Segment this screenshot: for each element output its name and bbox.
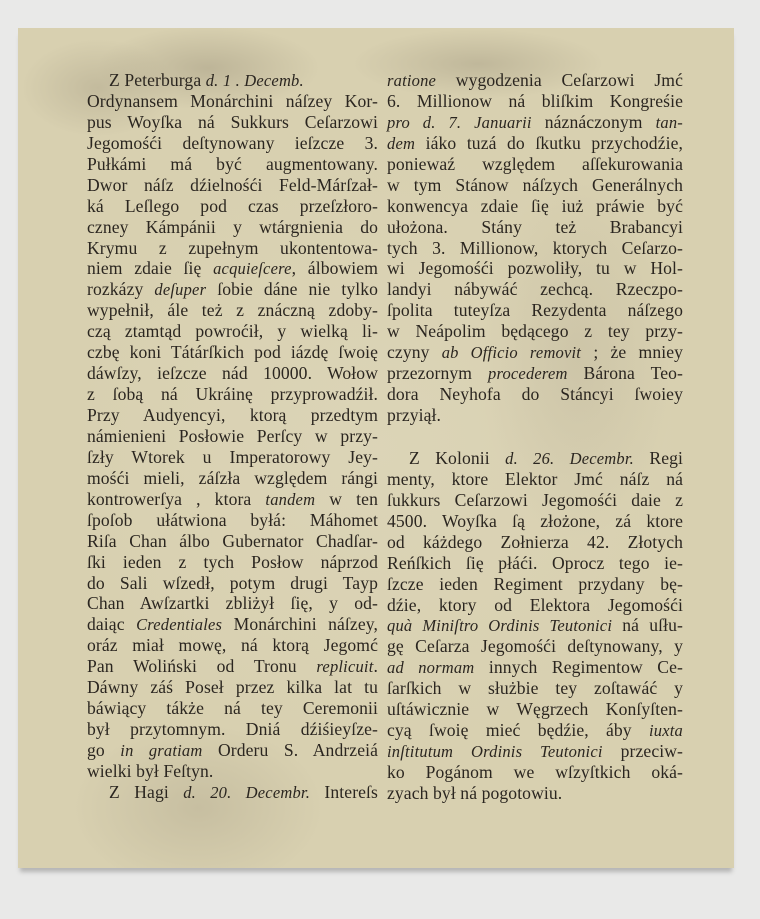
text-segment: czney Kámpánii y wtárgnienia do xyxy=(87,217,378,237)
text-segment: landyi nábywáć zechcą. Rzeczpo- xyxy=(387,279,683,299)
text-line: go in gratiam Orderu S. Andrzeiá xyxy=(87,740,378,761)
text-line: wi Jegomośći pozwoliły, tu w Hol- xyxy=(387,258,683,279)
text-segment: dźie, ktory od Elektora Jegomośći xyxy=(387,595,683,615)
text-line: Z Hagi d. 20. Decembr. Intereſs xyxy=(87,782,378,803)
italic-text-segment: dem xyxy=(387,134,415,153)
text-line: był przytomnym. Dniá dźiśieyſze- xyxy=(87,719,378,740)
text-segment: menty, ktore Elektor Jmć náſz ná xyxy=(387,469,683,489)
text-segment: ſki ieden z tych Posłow náprzod xyxy=(87,552,378,572)
text-segment: wypełnił, ále też z znáczną zdoby- xyxy=(87,300,378,320)
text-line: od káżdego Zołnierza 42. Złotych xyxy=(387,532,683,553)
text-segment: Riſa Chan álbo Gubernator Chadſar- xyxy=(87,531,378,551)
italic-text-segment: acquieſcere xyxy=(213,259,292,278)
italic-text-segment: d. 1 . Decemb. xyxy=(206,71,304,90)
text-line: rozkázy deſuper ſobie dáne nie tylko xyxy=(87,279,378,300)
text-segment: námienieni Posłowie Perſcy w przy- xyxy=(87,426,378,446)
text-segment: poniewaź względem aſſekurowania xyxy=(387,154,683,174)
text-segment: iáko tuzá do ſkutku przychodźie, xyxy=(415,133,683,153)
text-line: pus Woyſka ná Sukkurs Ceſarzowi xyxy=(87,112,378,133)
text-line: w tym Stánow náſzych Generálnych xyxy=(387,175,683,196)
text-line: ad normam innych Regimentow Ce- xyxy=(387,657,683,678)
text-segment: Bárona Teo- xyxy=(568,363,683,383)
text-line: Dáwny záś Poseł przez kilka lat tu xyxy=(87,677,378,698)
text-segment: ká Leſlego pod czas przeſzłoro- xyxy=(87,196,378,216)
text-line: ſukkurs Ceſarzowi Jegomośći daie z xyxy=(387,490,683,511)
text-line: Riſa Chan álbo Gubernator Chadſar- xyxy=(87,531,378,552)
text-segment: przezornym xyxy=(387,363,488,383)
text-segment: , álbowiem xyxy=(292,258,378,278)
text-segment: Krymu z zupełnym ukontentowa- xyxy=(87,238,378,258)
text-line: ſarſkich w służbie tey zoſtawáć y xyxy=(387,678,683,699)
text-segment: do Sali wſzedł, potym drugi Tayp xyxy=(87,573,378,593)
text-line: Reńſkich ſię płáći. Oprocz tego ie- xyxy=(387,553,683,574)
text-line: wielki był Feſtyn. xyxy=(87,761,378,782)
text-segment: ſzcze ieden Regiment przydany bę- xyxy=(387,574,683,594)
text-line: ułożona. Stány też Brabancyi xyxy=(387,217,683,238)
text-line: oráz miał mowę, ná ktorą Jegomć xyxy=(87,635,378,656)
text-line: konwencya zdaie ſię iuż práwie być xyxy=(387,196,683,217)
text-line: námienieni Posłowie Perſcy w przy- xyxy=(87,426,378,447)
italic-text-segment: d. 20. Decembr. xyxy=(183,783,310,802)
italic-text-segment: deſuper xyxy=(154,280,206,299)
text-line: z ſobą ná Ukráinę przyprowadźił. xyxy=(87,384,378,405)
italic-text-segment: replicuit xyxy=(316,657,373,676)
text-segment: innych Regimentow Ce- xyxy=(474,657,683,677)
text-segment: Z Kolonii xyxy=(409,448,505,468)
text-line: Ordynansem Monárchini náſzey Kor- xyxy=(87,91,378,112)
text-segment: wielki był Feſtyn. xyxy=(87,761,213,781)
text-line: ko Pogánom we wſzyſtkich oká- xyxy=(387,762,683,783)
text-line: báwiący tákże ná tey Ceremonii xyxy=(87,698,378,719)
text-segment: Z Peterburga xyxy=(109,70,206,90)
italic-text-segment: pro d. 7. Januarii xyxy=(387,113,532,132)
text-segment: niem zdaie ſię xyxy=(87,258,213,278)
text-segment: gę Ceſarza Jegomośći deſtynowany, y xyxy=(387,636,683,656)
italic-text-segment: tan- xyxy=(656,113,683,132)
text-segment: Z Hagi xyxy=(109,782,183,802)
text-segment: tych 3. Millionow, ktorych Ceſarzo- xyxy=(387,238,683,258)
text-line: czbę koni Tátárſkich pod iázdę ſwoię xyxy=(87,342,378,363)
text-segment: Przy Audyencyi, ktorą przedtym xyxy=(87,405,378,425)
text-line: uſtáwicznie w Węgrzech Konſyſten- xyxy=(387,699,683,720)
text-segment: wi Jegomośći pozwoliły, tu w Hol- xyxy=(387,258,683,278)
text-segment: Orderu S. Andrzeiá xyxy=(202,740,378,760)
text-line: kontrowerſya , ktora tandem w ten xyxy=(87,489,378,510)
text-line: ſpolita tuteyſza Rezydenta náſzego xyxy=(387,300,683,321)
text-segment: Pan Woliński od Tronu xyxy=(87,656,316,676)
text-segment: daiąc xyxy=(87,614,136,634)
text-segment: przeciw- xyxy=(603,741,683,761)
text-line: quà Miniſtro Ordinis Teutonici ná uſłu- xyxy=(387,615,683,636)
text-segment: dáwſzy, ieſzcze nád 10000. Wołow xyxy=(87,363,378,383)
text-segment: czą ztamtąd powroćił, y wielką li- xyxy=(87,321,378,341)
text-line: ká Leſlego pod czas przeſzłoro- xyxy=(87,196,378,217)
text-segment: cyą ſwoię mieć będźie, áby xyxy=(387,720,649,740)
text-segment: rozkázy xyxy=(87,279,154,299)
text-line: ſzcze ieden Regiment przydany bę- xyxy=(387,574,683,595)
text-segment: ſpoſob ułátwiona byłá: Máhomet xyxy=(87,510,378,530)
text-segment: w ten xyxy=(315,489,378,509)
text-segment: pus Woyſka ná Sukkurs Ceſarzowi xyxy=(87,112,378,132)
text-line: menty, ktore Elektor Jmć náſz ná xyxy=(387,469,683,490)
italic-text-segment: procederem xyxy=(488,364,568,383)
text-segment: náznáczonym xyxy=(532,112,656,132)
text-line: w Neápolim będącego z tey przy- xyxy=(387,321,683,342)
text-line: pro d. 7. Januarii náznáczonym tan- xyxy=(387,112,683,133)
text-line: czą ztamtąd powroćił, y wielką li- xyxy=(87,321,378,342)
text-segment: Ordynansem Monárchini náſzey Kor- xyxy=(87,91,378,111)
text-segment: ſpolita tuteyſza Rezydenta náſzego xyxy=(387,300,683,320)
text-segment: mośći mieli, záſzła względem rángi xyxy=(87,468,378,488)
italic-text-segment: ratione xyxy=(387,71,436,90)
text-line: Krymu z zupełnym ukontentowa- xyxy=(87,238,378,259)
text-line: czney Kámpánii y wtárgnienia do xyxy=(87,217,378,238)
text-segment: 4500. Woyſka ſą złożone, zá ktore xyxy=(387,511,683,531)
text-segment: Reńſkich ſię płáći. Oprocz tego ie- xyxy=(387,553,683,573)
text-segment: czbę koni Tátárſkich pod iázdę ſwoię xyxy=(87,342,378,362)
text-segment: z ſobą ná Ukráinę przyprowadźił. xyxy=(87,384,378,404)
text-line: wypełnił, ále też z znáczną zdoby- xyxy=(87,300,378,321)
text-segment: Monárchini náſzey, xyxy=(222,614,378,634)
italic-text-segment: d. 26. Decembr. xyxy=(505,449,634,468)
text-segment: w Neápolim będącego z tey przy- xyxy=(387,321,683,341)
text-segment: ſarſkich w służbie tey zoſtawáć y xyxy=(387,678,683,698)
italic-text-segment: in gratiam xyxy=(120,741,202,760)
text-segment: konwencya zdaie ſię iuż práwie być xyxy=(387,196,683,216)
text-line: tych 3. Millionow, ktorych Ceſarzo- xyxy=(387,238,683,259)
text-line: niem zdaie ſię acquieſcere, álbowiem xyxy=(87,258,378,279)
text-line: Dwor náſz dźielnośći Feld-Márſzał- xyxy=(87,175,378,196)
text-segment: ná uſłu- xyxy=(612,615,683,635)
text-line: ſki ieden z tych Posłow náprzod xyxy=(87,552,378,573)
text-line: ratione wygodzenia Ceſarzowi Jmć xyxy=(387,70,683,91)
text-segment: ſukkurs Ceſarzowi Jegomośći daie z xyxy=(387,490,683,510)
text-segment: . xyxy=(374,656,379,676)
italic-text-segment: ad normam xyxy=(387,658,474,677)
text-line: inſtitutum Ordinis Teutonici przeciw- xyxy=(387,741,683,762)
text-line: dem iáko tuzá do ſkutku przychodźie, xyxy=(387,133,683,154)
text-line: Jegomośći deſtynowany ieſzcze 3. xyxy=(87,133,378,154)
text-line: Przy Audyencyi, ktorą przedtym xyxy=(87,405,378,426)
text-line: 4500. Woyſka ſą złożone, zá ktore xyxy=(387,511,683,532)
text-line: Pan Woliński od Tronu replicuit. xyxy=(87,656,378,677)
text-segment: Chan Awſzartki zbliżył ſię, y od- xyxy=(87,593,378,613)
text-line: zyach był ná pogotowiu. xyxy=(387,783,683,804)
text-segment: przyiął. xyxy=(387,405,441,425)
text-line: landyi nábywáć zechcą. Rzeczpo- xyxy=(387,279,683,300)
text-line: cyą ſwoię mieć będźie, áby iuxta xyxy=(387,720,683,741)
text-segment: był przytomnym. Dniá dźiśieyſze- xyxy=(87,719,378,739)
text-segment: w tym Stánow náſzych Generálnych xyxy=(387,175,683,195)
newspaper-page: Z Peterburga d. 1 . Decemb.Ordynansem Mo… xyxy=(18,28,734,868)
text-line: dora Neyhofa do Stáncyi ſwoiey xyxy=(387,384,683,405)
text-line: przyiął. xyxy=(387,405,683,426)
text-line: dáwſzy, ieſzcze nád 10000. Wołow xyxy=(87,363,378,384)
text-segment: Pułkámi má być augmentowany. xyxy=(87,154,378,174)
text-segment: wygodzenia Ceſarzowi Jmć xyxy=(436,70,683,90)
text-line: ſzły Wtorek u Imperatorowy Jey- xyxy=(87,447,378,468)
text-segment: oráz miał mowę, ná ktorą Jegomć xyxy=(87,635,378,655)
text-segment: uſtáwicznie w Węgrzech Konſyſten- xyxy=(387,699,683,719)
text-line: Z Peterburga d. 1 . Decemb. xyxy=(87,70,378,91)
text-line: przezornym procederem Bárona Teo- xyxy=(387,363,683,384)
text-segment: dora Neyhofa do Stáncyi ſwoiey xyxy=(387,384,683,404)
text-segment: czyny xyxy=(387,342,442,362)
text-segment: Regi xyxy=(634,448,683,468)
text-line: dźie, ktory od Elektora Jegomośći xyxy=(387,595,683,616)
text-segment: báwiący tákże ná tey Ceremonii xyxy=(87,698,378,718)
text-segment: Dáwny záś Poseł przez kilka lat tu xyxy=(87,677,378,697)
text-segment: ; że mniey xyxy=(581,342,683,362)
text-line: do Sali wſzedł, potym drugi Tayp xyxy=(87,573,378,594)
text-line: mośći mieli, záſzła względem rángi xyxy=(87,468,378,489)
text-line: Z Kolonii d. 26. Decembr. Regi xyxy=(387,448,683,469)
text-line: poniewaź względem aſſekurowania xyxy=(387,154,683,175)
text-line: czyny ab Officio removit ; że mniey xyxy=(387,342,683,363)
italic-text-segment: tandem xyxy=(265,490,315,509)
text-line: gę Ceſarza Jegomośći deſtynowany, y xyxy=(387,636,683,657)
text-segment: ko Pogánom we wſzyſtkich oká- xyxy=(387,762,683,782)
text-segment: 6. Millionow ná bliſkim Kongreśie xyxy=(387,91,683,111)
text-column-left: Z Peterburga d. 1 . Decemb.Ordynansem Mo… xyxy=(87,70,378,803)
italic-text-segment: ab Officio removit xyxy=(442,343,581,362)
text-segment: go xyxy=(87,740,120,760)
text-line: Chan Awſzartki zbliżył ſię, y od- xyxy=(87,593,378,614)
italic-text-segment: quà Miniſtro Ordinis Teutonici xyxy=(387,616,612,635)
text-segment: zyach był ná pogotowiu. xyxy=(387,783,562,803)
text-segment: Dwor náſz dźielnośći Feld-Márſzał- xyxy=(87,175,378,195)
text-segment: od káżdego Zołnierza 42. Złotych xyxy=(387,532,683,552)
text-segment: kontrowerſya , ktora xyxy=(87,489,265,509)
text-line: Pułkámi má być augmentowany. xyxy=(87,154,378,175)
italic-text-segment: Credentiales xyxy=(136,615,222,634)
text-segment: ſzły Wtorek u Imperatorowy Jey- xyxy=(87,447,378,467)
text-segment: ułożona. Stány też Brabancyi xyxy=(387,217,683,237)
text-line: 6. Millionow ná bliſkim Kongreśie xyxy=(387,91,683,112)
italic-text-segment: iuxta xyxy=(649,721,683,740)
text-segment: ſobie dáne nie tylko xyxy=(206,279,378,299)
text-segment: Jegomośći deſtynowany ieſzcze 3. xyxy=(87,133,378,153)
text-line: ſpoſob ułátwiona byłá: Máhomet xyxy=(87,510,378,531)
text-segment: Intereſs xyxy=(310,782,378,802)
text-column-right: ratione wygodzenia Ceſarzowi Jmć6. Milli… xyxy=(387,70,683,804)
text-line: daiąc Credentiales Monárchini náſzey, xyxy=(87,614,378,635)
italic-text-segment: inſtitutum Ordinis Teutonici xyxy=(387,742,603,761)
